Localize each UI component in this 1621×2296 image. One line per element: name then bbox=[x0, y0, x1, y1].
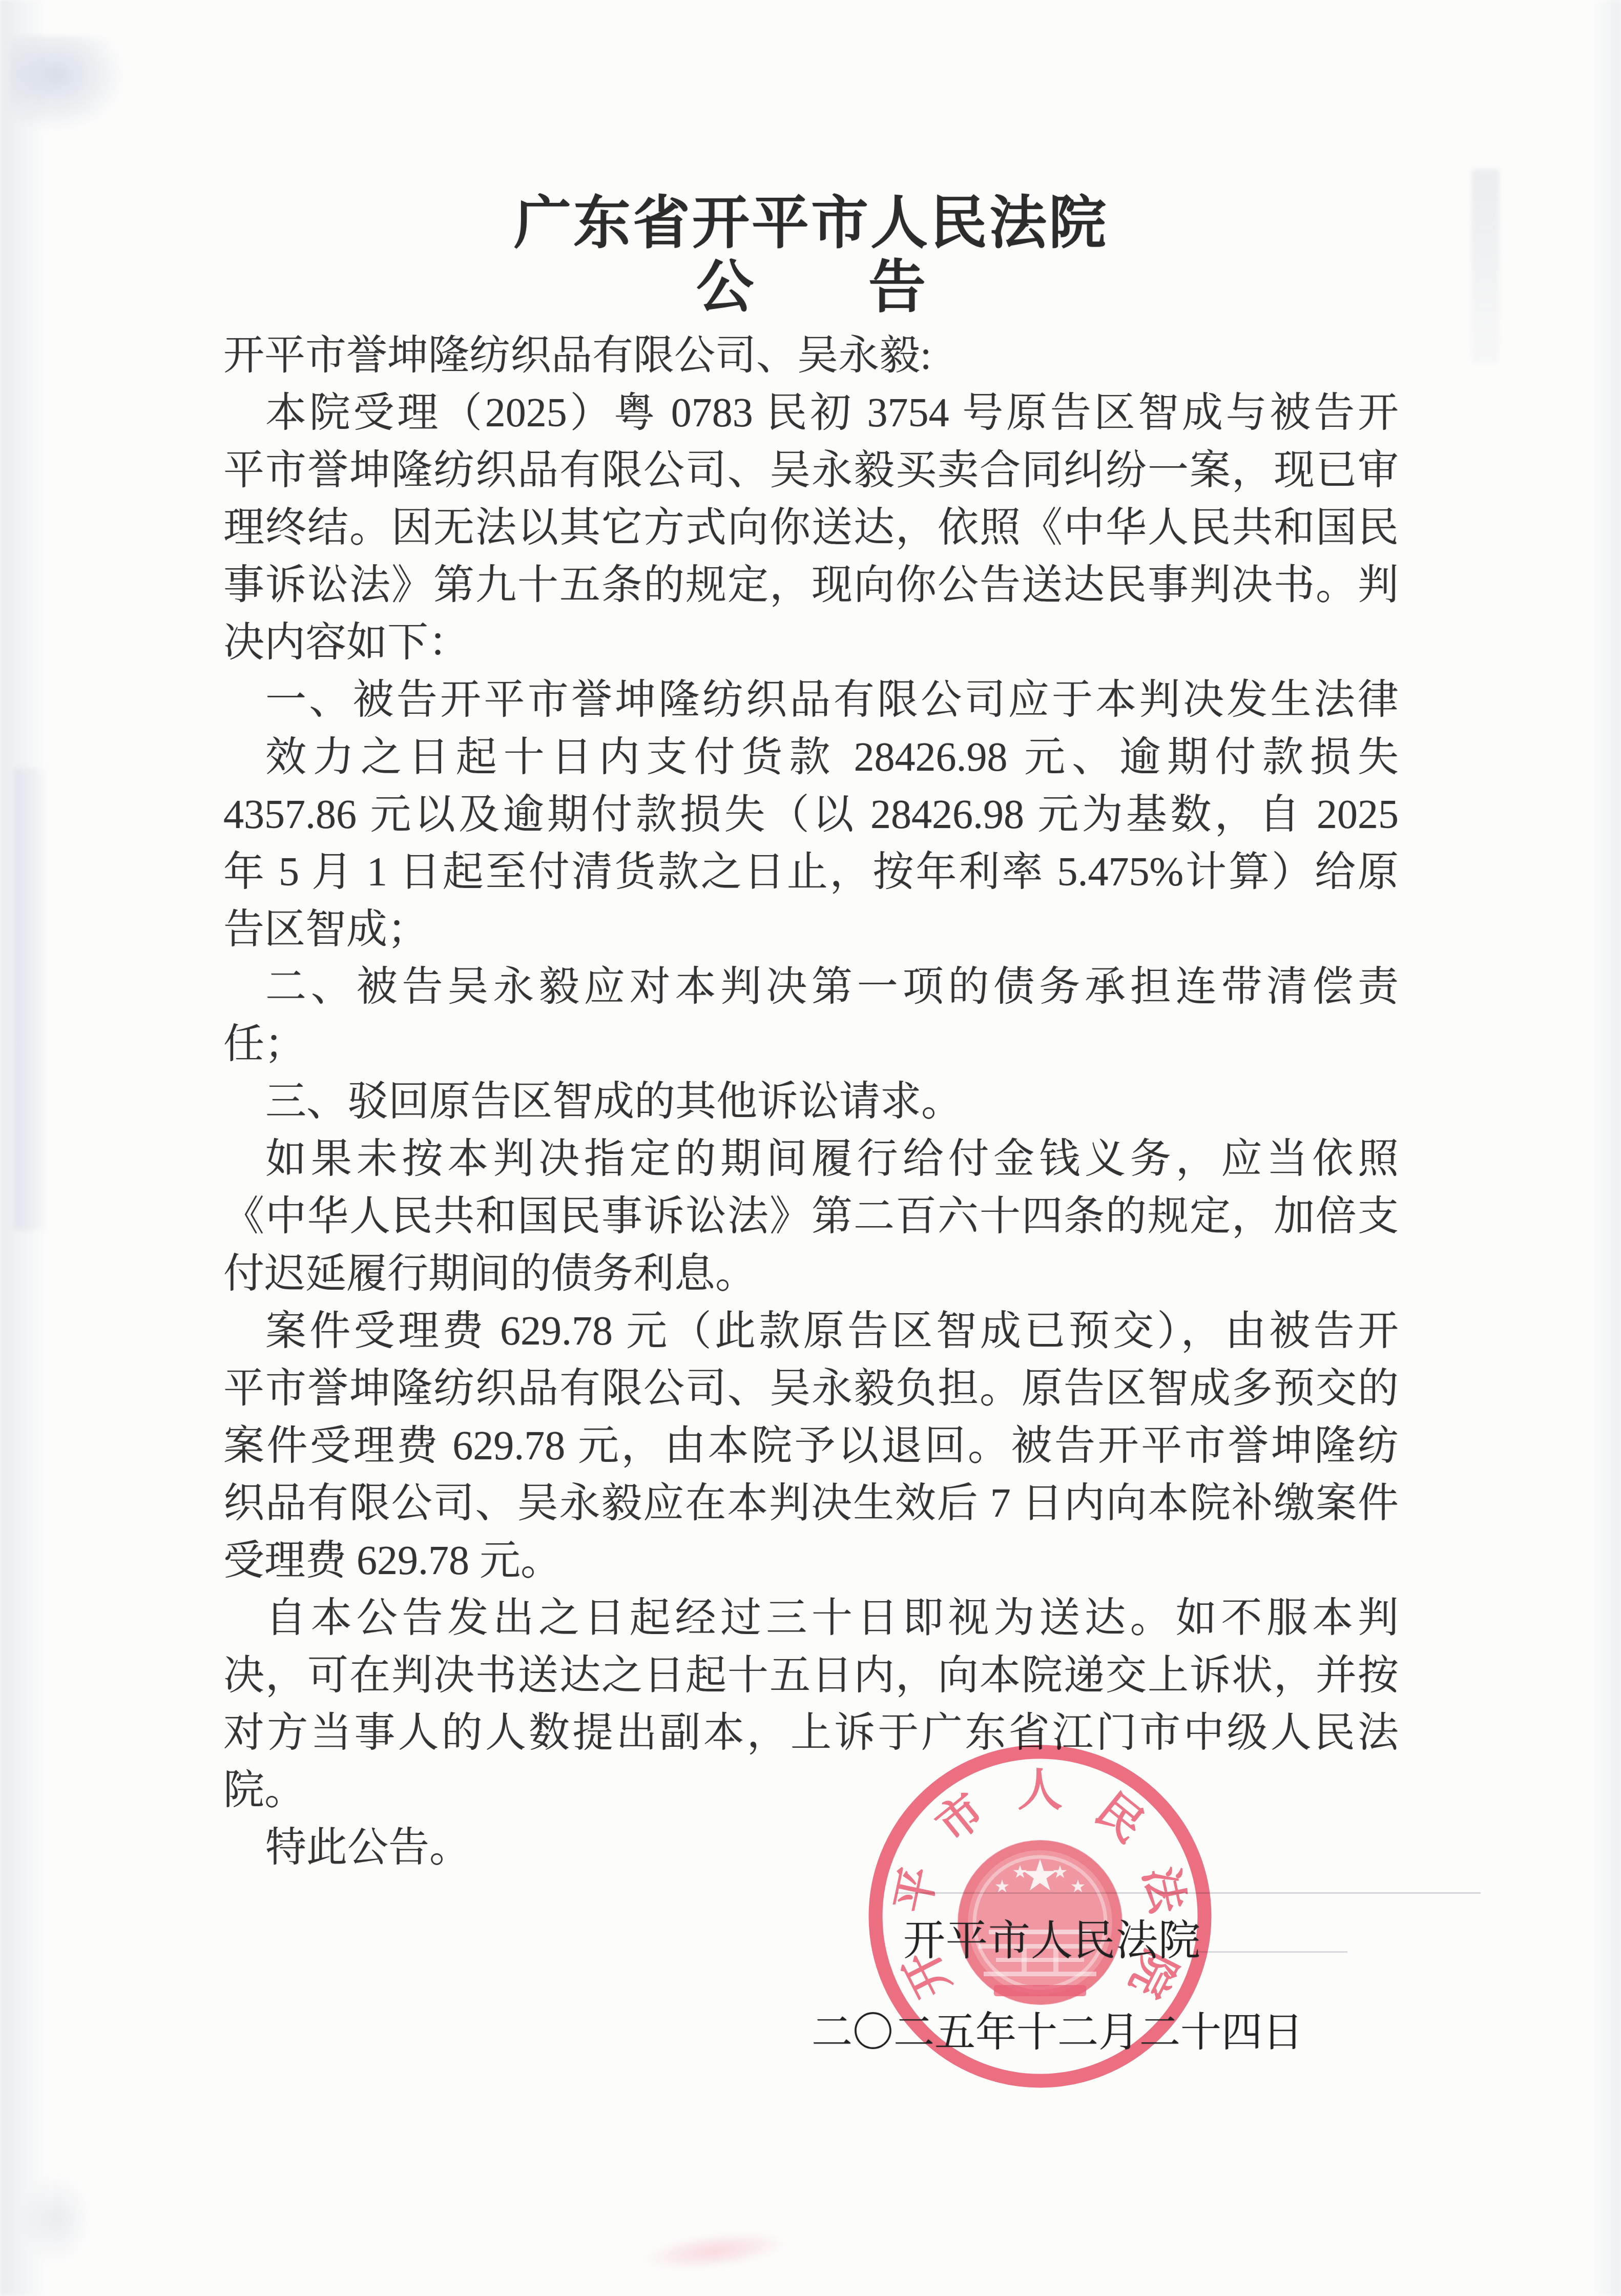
text-line: 一、被告开平市誉坤隆纺织品有限公司应于本判决发生法律 bbox=[223, 671, 1399, 729]
svg-text:法: 法 bbox=[1134, 1863, 1192, 1918]
text-line: 任； bbox=[223, 1016, 1399, 1073]
scan-streak-right-edge bbox=[1591, 0, 1621, 2296]
text-line: 告区智成； bbox=[223, 901, 1399, 958]
svg-text:人: 人 bbox=[1017, 1766, 1063, 1815]
text-line: 4357.86 元以及逾期付款损失（以 28426.98 元为基数，自 2025 bbox=[223, 786, 1399, 843]
text-line: 院。 bbox=[223, 1762, 1399, 1819]
scan-streak-left-mid bbox=[14, 769, 50, 1230]
text-line: 三、驳回原告区智成的其他诉讼请求。 bbox=[223, 1073, 1399, 1130]
text-line: 自本公告发出之日起经过三十日即视为送达。如不服本判 bbox=[223, 1589, 1399, 1647]
announcement-body: 开平市誉坤隆纺织品有限公司、吴永毅: 本院受理（2025）粤 0783 民初 3… bbox=[223, 327, 1399, 1876]
addressee-line: 开平市誉坤隆纺织品有限公司、吴永毅: bbox=[223, 327, 1399, 384]
text-line: 平市誉坤隆纺织品有限公司、吴永毅负担。原告区智成多预交的 bbox=[223, 1360, 1399, 1417]
text-line: 如果未按本判决指定的期间履行给付金钱义务，应当依照 bbox=[223, 1130, 1399, 1188]
text-line: 本院受理（2025）粤 0783 民初 3754 号原告区智成与被告开 bbox=[223, 384, 1399, 442]
scan-line-horizontal-2 bbox=[1194, 1951, 1347, 1953]
text-line: 付迟延履行期间的债务利息。 bbox=[223, 1245, 1399, 1302]
scan-smudge-bottom-pink bbox=[639, 2225, 791, 2277]
text-line: 效力之日起十日内支付货款 28426.98 元、逾期付款损失 bbox=[223, 729, 1399, 786]
scan-smudge-bottom-left bbox=[20, 2173, 92, 2265]
text-line: 决，可在判决书送达之日起十五日内，向本院递交上诉状，并按 bbox=[223, 1647, 1399, 1704]
scan-streak-left-edge bbox=[0, 0, 49, 2296]
text-line: 事诉讼法》第九十五条的规定，现向你公告送达民事判决书。判 bbox=[223, 556, 1399, 614]
court-announcement-page: 广东省开平市人民法院 公 告 开平市誉坤隆纺织品有限公司、吴永毅: 本院受理（2… bbox=[0, 0, 1621, 2296]
announcement-subtitle: 公 告 bbox=[223, 255, 1399, 321]
text-line: 案件受理费 629.78 元（此款原告区智成已预交），由被告开 bbox=[223, 1302, 1399, 1360]
text-line: 年 5 月 1 日起至付清货款之日止，按年利率 5.475%计算）给原 bbox=[223, 843, 1399, 901]
text-line: 理终结。因无法以其它方式向你送达，依照《中华人民共和国民 bbox=[223, 499, 1399, 556]
text-line: 案件受理费 629.78 元，由本院予以退回。被告开平市誉坤隆纺 bbox=[223, 1417, 1399, 1475]
court-title: 广东省开平市人民法院 bbox=[223, 191, 1399, 257]
text-line: 对方当事人的人数提出副本，上诉于广东省江门市中级人民法 bbox=[223, 1704, 1399, 1762]
text-line: 特此公告。 bbox=[223, 1819, 1399, 1876]
announcement-date: 二〇二五年十二月二十四日 bbox=[812, 2010, 1303, 2056]
body-lines: 本院受理（2025）粤 0783 民初 3754 号原告区智成与被告开平市誉坤隆… bbox=[223, 384, 1399, 1876]
svg-text:平: 平 bbox=[888, 1863, 946, 1917]
court-signature: 开平市人民法院 bbox=[903, 1917, 1201, 1964]
scan-streak-right bbox=[1471, 169, 1499, 364]
text-line: 受理费 629.78 元。 bbox=[223, 1532, 1399, 1589]
text-line: 决内容如下： bbox=[223, 614, 1399, 671]
text-line: 平市誉坤隆纺织品有限公司、吴永毅买卖合同纠纷一案，现已审 bbox=[223, 442, 1399, 499]
text-line: 织品有限公司、吴永毅应在本判决生效后 7 日内向本院补缴案件 bbox=[223, 1475, 1399, 1532]
scan-smudge-topleft bbox=[9, 36, 127, 133]
text-line: 《中华人民共和国民事诉讼法》第二百六十四条的规定，加倍支 bbox=[223, 1188, 1399, 1245]
text-line: 二、被告吴永毅应对本判决第一项的债务承担连带清偿责 bbox=[223, 958, 1399, 1016]
